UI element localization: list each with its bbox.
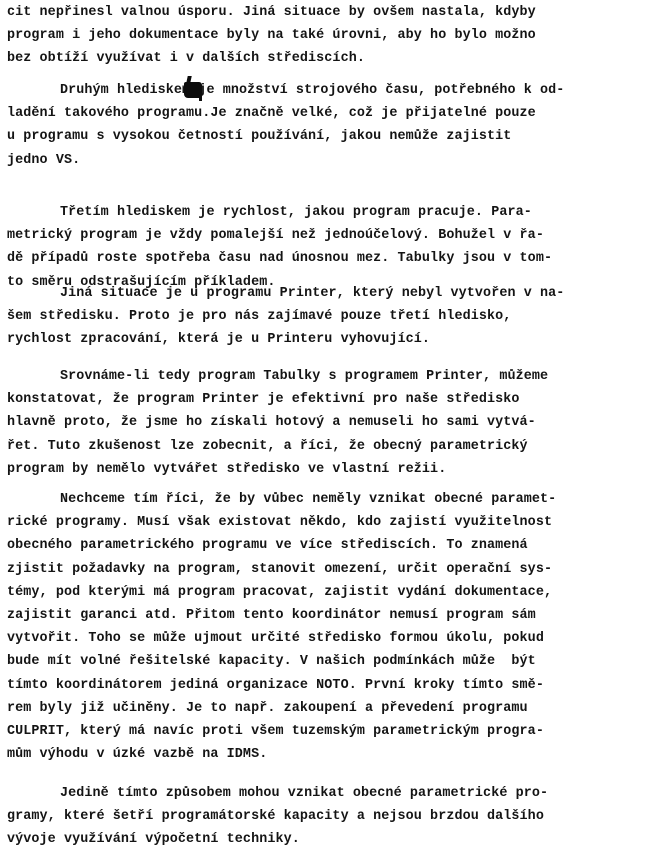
text-line: CULPRIT, který má navíc proti všem tuzem… — [7, 723, 544, 741]
text-line: Jiná situace je u programu Printer, kter… — [60, 285, 564, 303]
text-line: mům výhodu v úzké vazbě na IDMS. — [7, 746, 267, 764]
text-line: rychlost zpracování, která je u Printeru… — [7, 331, 430, 349]
text-line: Srovnáme-li tedy program Tabulky s progr… — [60, 368, 548, 386]
text-line: metrický program je vždy pomalejší než j… — [7, 227, 544, 245]
text-line: šem středisku. Proto je pro nás zajímavé… — [7, 308, 511, 326]
text-line: hlavně proto, že jsme ho získali hotový … — [7, 414, 536, 432]
text-line: tímto koordinátorem jediná organizace NO… — [7, 677, 544, 695]
text-line: obecného parametrického programu ve více… — [7, 537, 528, 555]
text-line: Druhým hlediskem je množství strojového … — [60, 82, 564, 100]
text-line: Jedině tímto způsobem mohou vznikat obec… — [60, 785, 548, 803]
typewritten-page: cit nepřinesl valnou úsporu. Jiná situac… — [0, 0, 656, 864]
text-line: ladění takového programu.Je značně velké… — [7, 105, 536, 123]
text-line: Třetím hlediskem je rychlost, jakou prog… — [60, 204, 532, 222]
text-line: cit nepřinesl valnou úsporu. Jiná situac… — [7, 4, 536, 22]
text-line: dě případů roste spotřeba času nad únosn… — [7, 250, 552, 268]
text-line: u programu s vysokou četností používání,… — [7, 128, 511, 146]
ink-blot — [184, 82, 202, 98]
text-line: jedno VS. — [7, 152, 80, 170]
text-line: vývoje využívání výpočetní techniky. — [7, 831, 300, 849]
text-line: program i jeho dokumentace byly na také … — [7, 27, 536, 45]
text-line: zajistit garanci atd. Přitom tento koord… — [7, 607, 536, 625]
text-line: bude mít volné řešitelské kapacity. V na… — [7, 653, 536, 671]
text-line: zjistit požadavky na program, stanovit o… — [7, 561, 552, 579]
text-line: témy, pod kterými má program pracovat, z… — [7, 584, 552, 602]
text-line: vytvořit. Toho se může ujmout určité stř… — [7, 630, 544, 648]
text-line: program by nemělo vytvářet středisko ve … — [7, 461, 446, 479]
text-line: gramy, které šetří programátorské kapaci… — [7, 808, 544, 826]
text-line: rem byly již učiněny. Je to např. zakoup… — [7, 700, 528, 718]
text-line: bez obtíží využívat i v dalších středisc… — [7, 50, 365, 68]
text-line: rické programy. Musí však existovat někd… — [7, 514, 552, 532]
text-line: řet. Tuto zkušenost lze zobecnit, a říci… — [7, 438, 528, 456]
text-line: konstatovat, že program Printer je efekt… — [7, 391, 520, 409]
text-line: Nechceme tím říci, že by vůbec neměly vz… — [60, 491, 556, 509]
